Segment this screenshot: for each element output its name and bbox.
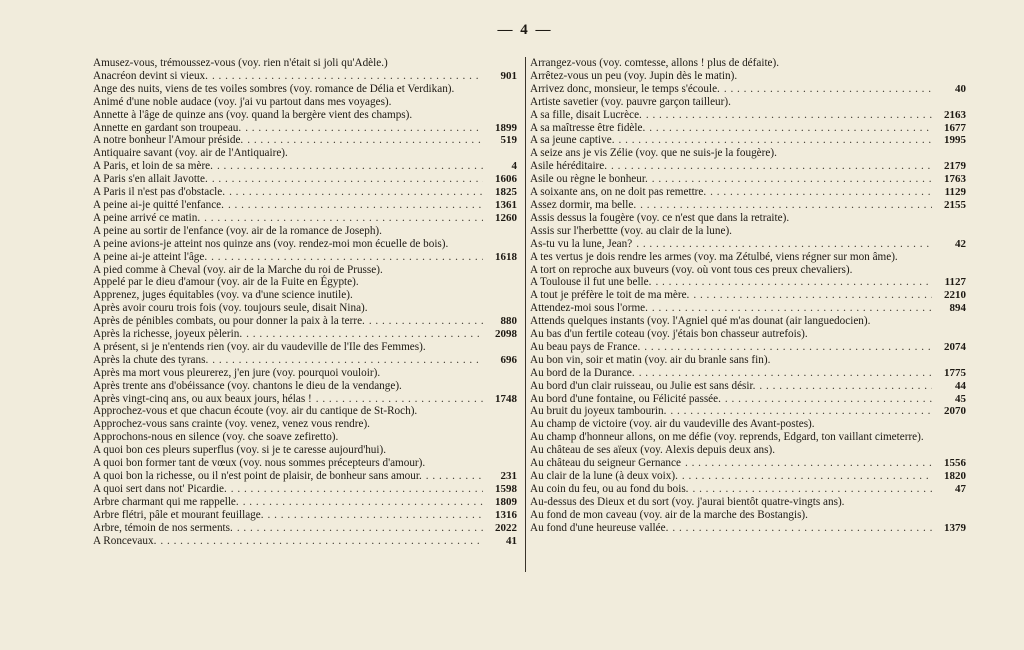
index-entry: A notre bonheur l'Amour préside.519 [93, 134, 517, 147]
entry-title: A notre bonheur l'Amour préside. [93, 134, 243, 147]
index-entry: A quoi sert dans not' Picardie.1598 [93, 483, 517, 496]
index-entry: Au bord d'un clair ruisseau, ou Julie es… [530, 380, 966, 393]
entry-number: 1556 [936, 457, 966, 470]
entry-number: 2098 [487, 328, 517, 341]
entry-title: A peine arrivé ce matin. [93, 212, 200, 225]
dot-leader [212, 173, 483, 186]
entry-number: 45 [936, 393, 966, 406]
dot-leader [655, 276, 932, 289]
entry-title: Artiste savetier (voy. pauvre garçon tai… [530, 96, 731, 109]
entry-title: Annette à l'âge de quinze ans (voy. quan… [93, 109, 412, 122]
dot-leader [693, 289, 932, 302]
entry-title: Assez dormir, ma belle. [530, 199, 636, 212]
index-entry: Annette en gardant son troupeau.1899 [93, 122, 517, 135]
entry-title: A tort on reproche aux buveurs (voy. où … [530, 264, 852, 277]
entry-title: Au bruit du joyeux tambourin. [530, 405, 666, 418]
entry-title: A Paris, et loin de sa mère. [93, 160, 213, 173]
entry-number: 2210 [936, 289, 966, 302]
index-entry: Au bruit du joyeux tambourin.2070 [530, 405, 966, 418]
dot-leader [710, 186, 932, 199]
index-entry: Au champ de victoire (voy. air du vaudev… [530, 418, 966, 431]
entry-number: 1899 [487, 122, 517, 135]
index-entry: A Toulouse il fut une belle.1127 [530, 276, 966, 289]
entry-title: Attendez-moi sous l'orme. [530, 302, 648, 315]
entry-title: Au champ d'honneur allons, on me défie (… [530, 431, 966, 444]
index-entry: A quoi bon ces pleurs superflus (voy. si… [93, 444, 517, 457]
dot-leader [212, 354, 483, 367]
entry-number: 901 [487, 70, 517, 83]
entry-title: Approchons-nous en silence (voy. che soa… [93, 431, 338, 444]
index-entry: A Roncevaux.41 [93, 535, 517, 548]
index-entry: A peine ai-je atteint l'âge.1618 [93, 251, 517, 264]
entry-number: 2155 [936, 199, 966, 212]
index-entry: A seize ans je vis Zélie (voy. que ne su… [530, 147, 966, 160]
index-entry: Au coin du feu, ou au fond du bois.47 [530, 483, 966, 496]
entry-title: Apprenez, juges équitables (voy. va d'un… [93, 289, 353, 302]
entry-title: Amusez-vous, trémoussez-vous (voy. rien … [93, 57, 388, 70]
index-entry: Arrivez donc, monsieur, le temps s'écoul… [530, 83, 966, 96]
index-entry: Après ma mort vous pleurerez, j'en jure … [93, 367, 517, 380]
index-entry: Après la chute des tyrans.696 [93, 354, 517, 367]
entry-number: 1129 [936, 186, 966, 199]
entry-title: Au clair de la lune (à deux voix). [530, 470, 678, 483]
entry-title: As-tu vu la lune, Jean? [530, 238, 632, 251]
entry-title: Assis dessus la fougère (voy. ce n'est q… [530, 212, 789, 225]
entry-title: Au-dessus des Dieux et du sort (voy. j'a… [530, 496, 844, 509]
dot-leader [682, 470, 932, 483]
index-entry: Après la richesse, joyeux pèlerin.2098 [93, 328, 517, 341]
entry-title: A Toulouse il fut une belle. [530, 276, 651, 289]
entry-title: A sa maîtresse être fidèle. [530, 122, 645, 135]
entry-number: 4 [487, 160, 517, 173]
index-entry: Au château de ses aïeux (voy. Alexis dep… [530, 444, 966, 457]
index-entry: Attends quelques instants (voy. l'Agniel… [530, 315, 966, 328]
entry-title: Assis sur l'herbettte (voy. au clair de … [530, 225, 732, 238]
index-entry: Après vingt-cinq ans, ou aux beaux jours… [93, 393, 517, 406]
dot-leader [268, 509, 483, 522]
entry-title: Antiquaire savant (voy. air de l'Antiqua… [93, 147, 288, 160]
entry-title: A quoi bon former tant de vœux (voy. nou… [93, 457, 425, 470]
entry-title: Après avoir couru trois fois (voy. toujo… [93, 302, 368, 315]
entry-title: A tes vertus je dois rendre les armes (v… [530, 251, 966, 264]
dot-leader [229, 186, 483, 199]
dot-leader [619, 134, 933, 147]
dot-leader [211, 251, 483, 264]
entry-title: Anacréon devint si vieux. [93, 70, 208, 83]
entry-title: Approchez-vous sans crainte (voy. venez,… [93, 418, 370, 431]
dot-leader [316, 393, 483, 406]
index-entry: Amusez-vous, trémoussez-vous (voy. rien … [93, 57, 517, 70]
entry-number: 519 [487, 134, 517, 147]
entry-number: 1825 [487, 186, 517, 199]
entry-title: Arbre charmant qui me rappelle. [93, 496, 239, 509]
index-entry: Arbre flétri, pâle et mourant feuillage.… [93, 509, 517, 522]
index-entry: As-tu vu la lune, Jean?42 [530, 238, 966, 251]
entry-title: A peine ai-je quitté l'enfance. [93, 199, 224, 212]
entry-number: 880 [487, 315, 517, 328]
dot-leader [245, 122, 483, 135]
entry-number: 1748 [487, 393, 517, 406]
index-entry: Au château du seigneur Gernance1556 [530, 457, 966, 470]
dot-leader [246, 328, 483, 341]
index-entry: Après avoir couru trois fois (voy. toujo… [93, 302, 517, 315]
dot-leader [692, 483, 932, 496]
dot-leader [652, 302, 932, 315]
entry-title: Arrivez donc, monsieur, le temps s'écoul… [530, 83, 720, 96]
index-entry: A soixante ans, on ne doit pas remettre.… [530, 186, 966, 199]
index-entry: A pied comme à Cheval (voy. air de la Ma… [93, 264, 517, 277]
entry-number: 1995 [936, 134, 966, 147]
index-entry: Au clair de la lune (à deux voix).1820 [530, 470, 966, 483]
index-entry: A présent, si je n'entends rien (voy. ai… [93, 341, 517, 354]
entry-title: Après la chute des tyrans. [93, 354, 208, 367]
entry-title: A Paris s'en allait Javotte. [93, 173, 208, 186]
dot-leader [611, 160, 932, 173]
index-entry: A quoi bon la richesse, ou il n'est poin… [93, 470, 517, 483]
entry-title: Au bord de la Durance. [530, 367, 635, 380]
entry-title: Après de pénibles combats, ou pour donne… [93, 315, 365, 328]
index-entry: A Paris, et loin de sa mère.4 [93, 160, 517, 173]
entry-title: Au coin du feu, ou au fond du bois. [530, 483, 688, 496]
entry-title: Arrangez-vous (voy. comtesse, allons ! p… [530, 57, 779, 70]
index-entry: Attendez-moi sous l'orme.894 [530, 302, 966, 315]
index-entry: Arbre charmant qui me rappelle.1809 [93, 496, 517, 509]
entry-title: Arbre flétri, pâle et mourant feuillage. [93, 509, 264, 522]
entry-title: Ange des nuits, viens de tes voiles somb… [93, 83, 517, 96]
entry-title: A peine au sortir de l'enfance (voy. air… [93, 225, 382, 238]
index-entry: Appelé par le dieu d'amour (voy. air de … [93, 276, 517, 289]
index-entry: A peine arrivé ce matin.1260 [93, 212, 517, 225]
entry-title: A présent, si je n'entends rien (voy. ai… [93, 341, 426, 354]
index-entry: Antiquaire savant (voy. air de l'Antiqua… [93, 147, 517, 160]
index-entry: A peine avions-je atteint nos quinze ans… [93, 238, 517, 251]
entry-number: 2163 [936, 109, 966, 122]
index-entry: A sa maîtresse être fidèle.1677 [530, 122, 966, 135]
index-entry: Au fond de mon caveau (voy. air de la ma… [530, 509, 966, 522]
entry-title: Appelé par le dieu d'amour (voy. air de … [93, 276, 359, 289]
dot-leader [672, 522, 932, 535]
entry-title: Approchez-vous et que chacun écoute (voy… [93, 405, 417, 418]
dot-leader [212, 70, 483, 83]
entry-title: A sa fille, disait Lucrèce. [530, 109, 642, 122]
entry-title: A seize ans je vis Zélie (voy. que ne su… [530, 147, 777, 160]
index-entry: Approchez-vous sans crainte (voy. venez,… [93, 418, 517, 431]
entry-title: A tout je préfère le toit de ma mère. [530, 289, 689, 302]
dot-leader [231, 483, 483, 496]
entry-number: 894 [936, 302, 966, 315]
dot-leader [217, 160, 483, 173]
index-entry: Au bon vin, soir et matin (voy. air du b… [530, 354, 966, 367]
entry-title: A Roncevaux. [93, 535, 156, 548]
dot-leader [160, 535, 483, 548]
index-entry: A peine ai-je quitté l'enfance.1361 [93, 199, 517, 212]
index-entry: Animé d'une noble audace (voy. j'ai vu p… [93, 96, 517, 109]
index-entry: Asile ou règne le bonheur.1763 [530, 173, 966, 186]
index-entry: Au bord d'une fontaine, ou Félicité pass… [530, 393, 966, 406]
dot-leader [644, 341, 932, 354]
entry-title: A sa jeune captive. [530, 134, 615, 147]
entry-number: 1127 [936, 276, 966, 289]
entry-number: 1763 [936, 173, 966, 186]
entry-title: Arbre, témoin de nos serments. [93, 522, 233, 535]
index-entry: A tes vertus je dois rendre les armes (v… [530, 251, 966, 264]
dot-leader [426, 470, 483, 483]
dot-leader [228, 199, 483, 212]
entry-title: Au bord d'une fontaine, ou Félicité pass… [530, 393, 721, 406]
dot-leader [237, 522, 483, 535]
dot-leader [243, 496, 483, 509]
entry-title: Au beau pays de France. [530, 341, 640, 354]
entry-title: A peine ai-je atteint l'âge. [93, 251, 207, 264]
dot-leader [652, 173, 932, 186]
page-number: — 4 — [0, 22, 1024, 39]
index-entry: A peine au sortir de l'enfance (voy. air… [93, 225, 517, 238]
index-entry: Arrangez-vous (voy. comtesse, allons ! p… [530, 57, 966, 70]
index-entry: Ange des nuits, viens de tes voiles somb… [93, 83, 517, 96]
entry-title: Asile ou règne le bonheur. [530, 173, 648, 186]
index-entry: Arbre, témoin de nos serments.2022 [93, 522, 517, 535]
index-entry: Assis sur l'herbettte (voy. au clair de … [530, 225, 966, 238]
entry-title: Attends quelques instants (voy. l'Agniel… [530, 315, 966, 328]
dot-leader [759, 380, 932, 393]
index-entry: Asile héréditaire.2179 [530, 160, 966, 173]
entry-number: 42 [936, 238, 966, 251]
entry-number: 1379 [936, 522, 966, 535]
dot-leader [636, 238, 932, 251]
index-entry: Approchons-nous en silence (voy. che soa… [93, 431, 517, 444]
entry-number: 2179 [936, 160, 966, 173]
dot-leader [670, 405, 932, 418]
entry-title: Annette en gardant son troupeau. [93, 122, 241, 135]
index-entry: A quoi bon former tant de vœux (voy. nou… [93, 457, 517, 470]
entry-number: 1677 [936, 122, 966, 135]
index-entry: Apprenez, juges équitables (voy. va d'un… [93, 289, 517, 302]
entry-title: A Paris il n'est pas d'obstacle. [93, 186, 225, 199]
index-entry: A tort on reproche aux buveurs (voy. où … [530, 264, 966, 277]
entry-title: A quoi bon ces pleurs superflus (voy. si… [93, 444, 386, 457]
entry-number: 1618 [487, 251, 517, 264]
index-entry: A sa fille, disait Lucrèce.2163 [530, 109, 966, 122]
index-entry: Assis dessus la fougère (voy. ce n'est q… [530, 212, 966, 225]
dot-leader [649, 122, 932, 135]
entry-number: 2022 [487, 522, 517, 535]
entry-number: 1598 [487, 483, 517, 496]
index-column-left: Amusez-vous, trémoussez-vous (voy. rien … [93, 57, 517, 547]
index-entry: Annette à l'âge de quinze ans (voy. quan… [93, 109, 517, 122]
entry-title: Après ma mort vous pleurerez, j'en jure … [93, 367, 380, 380]
entry-number: 2074 [936, 341, 966, 354]
entry-number: 696 [487, 354, 517, 367]
index-entry: Au-dessus des Dieux et du sort (voy. j'a… [530, 496, 966, 509]
entry-title: A pied comme à Cheval (voy. air de la Ma… [93, 264, 383, 277]
dot-leader [640, 199, 932, 212]
entry-number: 1775 [936, 367, 966, 380]
dot-leader [204, 212, 483, 225]
index-entry: Au bas d'un fertile coteau (voy. j'étais… [530, 328, 966, 341]
entry-title: Asile héréditaire. [530, 160, 607, 173]
entry-number: 1260 [487, 212, 517, 225]
entry-title: Au château de ses aïeux (voy. Alexis dep… [530, 444, 775, 457]
index-entry: Au champ d'honneur allons, on me défie (… [530, 431, 966, 444]
index-entry: A Paris s'en allait Javotte.1606 [93, 173, 517, 186]
entry-title: A quoi sert dans not' Picardie. [93, 483, 227, 496]
index-entry: Au fond d'une heureuse vallée.1379 [530, 522, 966, 535]
index-entry: A Paris il n'est pas d'obstacle.1825 [93, 186, 517, 199]
entry-title: Au bord d'un clair ruisseau, ou Julie es… [530, 380, 755, 393]
entry-number: 40 [936, 83, 966, 96]
index-entry: Après trente ans d'obéissance (voy. chan… [93, 380, 517, 393]
entry-title: Au champ de victoire (voy. air du vaudev… [530, 418, 815, 431]
entry-title: Au fond d'une heureuse vallée. [530, 522, 668, 535]
entry-number: 41 [487, 535, 517, 548]
dot-leader [369, 315, 483, 328]
dot-leader [724, 83, 932, 96]
index-entry: Au bord de la Durance.1775 [530, 367, 966, 380]
entry-number: 44 [936, 380, 966, 393]
dot-leader [639, 367, 932, 380]
entry-title: Au bon vin, soir et matin (voy. air du b… [530, 354, 770, 367]
entry-number: 2070 [936, 405, 966, 418]
index-entry: Anacréon devint si vieux.901 [93, 70, 517, 83]
dot-leader [247, 134, 483, 147]
entry-number: 1606 [487, 173, 517, 186]
entry-number: 1820 [936, 470, 966, 483]
index-entry: Après de pénibles combats, ou pour donne… [93, 315, 517, 328]
entry-title: Au château du seigneur Gernance [530, 457, 681, 470]
entry-title: A soixante ans, on ne doit pas remettre. [530, 186, 706, 199]
index-entry: A sa jeune captive.1995 [530, 134, 966, 147]
entry-title: A quoi bon la richesse, ou il n'est poin… [93, 470, 422, 483]
dot-leader [685, 457, 932, 470]
index-entry: Au beau pays de France.2074 [530, 341, 966, 354]
index-entry: Arrêtez-vous un peu (voy. Jupin dès le m… [530, 70, 966, 83]
entry-title: Au fond de mon caveau (voy. air de la ma… [530, 509, 808, 522]
index-column-right: Arrangez-vous (voy. comtesse, allons ! p… [530, 57, 966, 535]
dot-leader [646, 109, 932, 122]
index-entry: Assez dormir, ma belle.2155 [530, 199, 966, 212]
entry-title: Après trente ans d'obéissance (voy. chan… [93, 380, 402, 393]
entry-number: 1361 [487, 199, 517, 212]
entry-title: Après vingt-cinq ans, ou aux beaux jours… [93, 393, 312, 406]
entry-title: Arrêtez-vous un peu (voy. Jupin dès le m… [530, 70, 737, 83]
index-entry: Approchez-vous et que chacun écoute (voy… [93, 405, 517, 418]
entry-number: 47 [936, 483, 966, 496]
column-divider [525, 57, 526, 572]
entry-title: Après la richesse, joyeux pèlerin. [93, 328, 242, 341]
entry-title: Animé d'une noble audace (voy. j'ai vu p… [93, 96, 391, 109]
entry-title: Au bas d'un fertile coteau (voy. j'étais… [530, 328, 808, 341]
entry-number: 1316 [487, 509, 517, 522]
index-entry: A tout je préfère le toit de ma mère.221… [530, 289, 966, 302]
entry-number: 231 [487, 470, 517, 483]
index-entry: Artiste savetier (voy. pauvre garçon tai… [530, 96, 966, 109]
entry-number: 1809 [487, 496, 517, 509]
entry-title: A peine avions-je atteint nos quinze ans… [93, 238, 517, 251]
dot-leader [725, 393, 932, 406]
